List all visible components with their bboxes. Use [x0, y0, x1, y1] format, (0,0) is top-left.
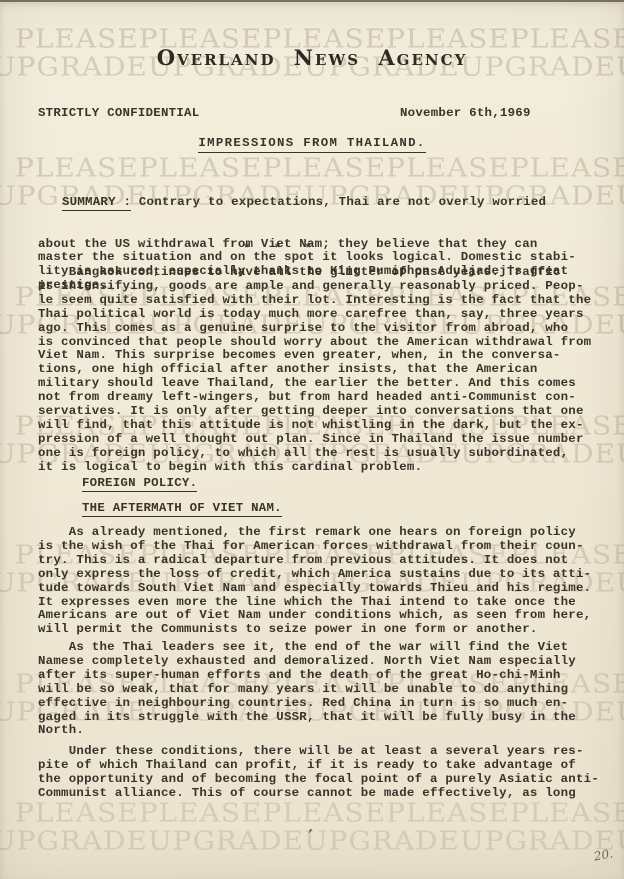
watermark-text: PLEASE	[386, 33, 510, 46]
agency-name: Overland News Agency	[0, 51, 624, 65]
paragraph-aftermath-2: As the Thai leaders see it, the end of t…	[38, 641, 576, 738]
watermark-text: UPGRADE	[148, 835, 304, 848]
paragraph-overview: Bangkok continues to have all the glitte…	[38, 266, 591, 475]
asterisk-separator: * * *	[243, 243, 312, 257]
watermark-text: PLEASE	[262, 807, 386, 820]
watermark-text: UPGRADE	[0, 835, 148, 848]
heading-aftermath-viet-nam: THE AFTERMATH OF VIET NAM.	[82, 502, 282, 516]
watermark-text: PLEASE	[386, 807, 510, 820]
stray-pencil-mark: ,	[307, 821, 317, 836]
heading-foreign-policy-text: FOREIGN POLICY.	[82, 476, 197, 492]
watermark-text: UPGRADE	[616, 835, 624, 848]
paragraph-aftermath-3: Under these conditions, there will be at…	[38, 745, 599, 801]
watermark-row: UPGRADEUPGRADEUPGRADEUPGRADEUPGRADE	[0, 835, 624, 848]
watermark-row: PLEASEPLEASEPLEASEPLEASEPLEASE	[15, 807, 623, 820]
watermark-text: UPGRADE	[616, 319, 624, 332]
watermark-text: PLEASE	[15, 807, 139, 820]
handwritten-page-number: 20.	[593, 847, 614, 864]
watermark-text: PLEASE	[139, 807, 263, 820]
document-title: IMPRESSIONS FROM THAILAND.	[198, 136, 425, 153]
watermark-text: PLEASE	[510, 33, 624, 46]
watermark-text: UPGRADE	[616, 190, 624, 203]
watermark-text: UPGRADE	[616, 706, 624, 719]
summary-first-line: SUMMARY : Contrary to expectations, Thai…	[38, 196, 576, 210]
watermark-text: PLEASE	[510, 807, 624, 820]
classification-label: STRICTLY CONFIDENTIAL	[38, 107, 199, 121]
heading-foreign-policy: FOREIGN POLICY.	[82, 477, 197, 491]
heading-aftermath-viet-nam-text: THE AFTERMATH OF VIET NAM.	[82, 501, 282, 517]
summary-first-line-text: Contrary to expectations, Thai are not o…	[131, 195, 546, 209]
watermark-text: UPGRADE	[460, 835, 616, 848]
watermark-text: PLEASE	[15, 33, 139, 46]
scan-top-edge	[0, 0, 624, 2]
watermark-text: PLEASE	[139, 33, 263, 46]
paragraph-aftermath-1: As already mentioned, the first remark o…	[38, 526, 591, 637]
watermark-text: PLEASE	[262, 33, 386, 46]
date-label: November 6th,1969	[400, 107, 531, 121]
document-title-row: IMPRESSIONS FROM THAILAND.	[0, 137, 624, 151]
watermark-text: UPGRADE	[616, 448, 624, 461]
document-page: PLEASEPLEASEPLEASEPLEASEPLEASEUPGRADEUPG…	[0, 0, 624, 879]
summary-label: SUMMARY :	[62, 195, 131, 211]
watermark-text: UPGRADE	[304, 835, 460, 848]
watermark-text: UPGRADE	[616, 577, 624, 590]
watermark-row: PLEASEPLEASEPLEASEPLEASEPLEASE	[15, 33, 623, 46]
